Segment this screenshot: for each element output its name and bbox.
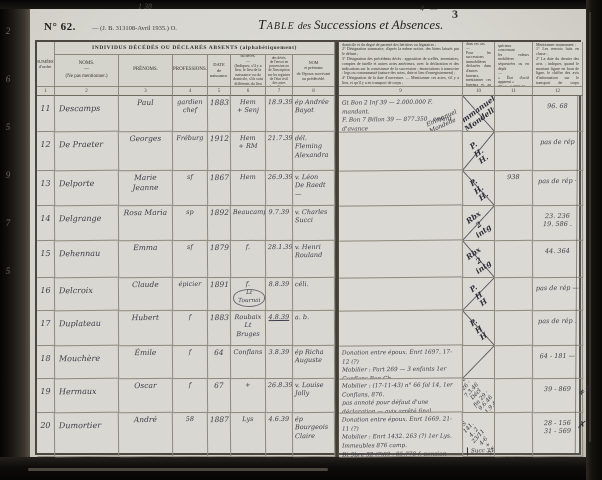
cell-epoux: ép Andrée Bayot xyxy=(293,96,335,132)
cell-date-naissance: 1867 xyxy=(208,171,231,206)
cell-dates-numeros xyxy=(463,346,495,379)
cell-renseignements xyxy=(339,131,463,171)
spine-digit: 9 xyxy=(1,170,15,180)
cell-profession: sp xyxy=(173,206,208,241)
renseignements-note: 1° Désignation, d'après la nature de la … xyxy=(340,42,461,87)
col-number: 3 xyxy=(119,87,173,96)
cell-prenom: Claude xyxy=(119,278,173,312)
cell-numero-repertoire xyxy=(495,96,533,132)
cell-lieu-deces: Beaucamps xyxy=(231,206,266,241)
cell-numero-repertoire xyxy=(495,311,533,346)
cell-lieu-deces: Conflans xyxy=(231,346,266,379)
table-band-header: INDIVIDUS DÉCÉDÉS OU DÉCLARÉS ABSENTS (a… xyxy=(55,42,335,55)
page-number-stamp: 3 xyxy=(452,7,458,22)
dates-scribble: Décl 26 · 7.3.46 Décl fin 29 · 9.6.46 11… xyxy=(463,379,495,413)
col-number: 1 xyxy=(37,87,55,96)
cell-epoux: v. Louise Jolly xyxy=(293,379,335,413)
cell-prenom: Rosa Maria xyxy=(119,206,173,242)
cell-nom: Delcroix xyxy=(55,278,119,312)
cell-dates-numeros: Décl 26 · 7.3.46 Décl fin 29 · 9.6.46 11… xyxy=(463,379,495,413)
cell-epoux: a. b. xyxy=(293,311,335,346)
cell-profession: 58 xyxy=(173,413,208,457)
cell-date-naissance: 1912 xyxy=(208,132,231,171)
col-header-noms: NOMS. — (Ne pas mentionner.) xyxy=(55,55,119,87)
page-title: TabledesSuccessions et Absences. xyxy=(258,17,443,34)
cell-lieu-deces: Hem + RM xyxy=(231,132,266,171)
cell-date-naissance: 1879 xyxy=(208,241,231,278)
cell-profession: f xyxy=(173,311,208,346)
cell-prenom: André xyxy=(119,413,173,458)
cell-observations: pas de rép xyxy=(533,132,583,172)
dates-scribble: P. H H xyxy=(465,315,493,345)
cell-epoux: v. Henri Rouland xyxy=(293,241,335,278)
cell-nom: Dehennau xyxy=(55,241,119,279)
cell-profession: sf xyxy=(173,171,208,206)
col-header-epoux: NOM et prénoms de l'époux survivant ou p… xyxy=(293,55,335,87)
col-number: 10 xyxy=(463,87,495,96)
form-reference: — (J. B. 313108-Avril 1935.) O. xyxy=(92,25,177,32)
col-number: 5 xyxy=(208,87,231,96)
successions-table: INDIVIDUS DÉCÉDÉS OU DÉCLARÉS ABSENTS (a… xyxy=(35,40,581,455)
cell-epoux: céli. xyxy=(293,278,335,311)
cell-numero: 11 xyxy=(37,96,55,132)
cell-dates-numeros: Rbx 2 intg xyxy=(463,206,495,241)
cell-nom: Duplateau xyxy=(55,311,119,347)
cell-lieu-deces: f. xyxy=(231,241,266,278)
cell-date-deces: 4.6.39 xyxy=(266,413,293,457)
cell-profession: épicier xyxy=(173,278,208,311)
col-header-dates-numeros: DATES ET NUMÉROS des déclarations de suc… xyxy=(463,42,495,87)
cell-numero-repertoire xyxy=(495,132,533,171)
cell-dates-numeros: S 141. 4. 2 23/11 4-6 + 2.56Succ 35 - 27… xyxy=(463,413,495,457)
spine-digit: 5 xyxy=(1,266,15,276)
col-number: 7 xyxy=(266,87,293,96)
cell-numero: 19 xyxy=(37,379,55,413)
page-title-word: Table xyxy=(258,18,295,33)
dates-note: des déclarations de successions, dans ce… xyxy=(464,42,493,87)
cell-lieu-deces: Roubaix Lt Bruges xyxy=(231,311,266,346)
cell-numero: 16 xyxy=(37,278,55,311)
cell-date-deces: 21.7.39 xyxy=(266,132,293,171)
renseignements-text: Donation entre époux. Enrt 1697. 17-12 (… xyxy=(342,349,452,379)
pencil-mark: 4 — xyxy=(420,4,439,13)
cell-epoux: ép Richa Auguste xyxy=(293,346,335,379)
cell-date-deces: 26.8.39 xyxy=(266,379,293,413)
spine-digit: 7 xyxy=(1,218,15,228)
cell-date-deces: 3.8.39 xyxy=(266,346,293,379)
cell-numero: 15 xyxy=(37,241,55,278)
cell-observations: 96. 68 xyxy=(533,96,583,133)
cell-date-naissance: 67 xyxy=(208,379,231,413)
cell-prenom: Marie Jeanne xyxy=(119,171,173,207)
cell-numero: 12 xyxy=(37,132,55,171)
form-number: N° 62. xyxy=(44,21,76,33)
cell-renseignements xyxy=(339,310,463,346)
cell-nom: Delgrange xyxy=(55,206,119,242)
cell-numero-repertoire xyxy=(495,379,533,413)
numero-repertoire-note: de répertoire ou numéros spéciaux concer… xyxy=(496,42,531,87)
dates-scribble: P. H. H. xyxy=(465,138,493,168)
col-header-numero: NUMÉRO d'ordre. xyxy=(37,42,55,87)
cell-numero-repertoire xyxy=(495,206,533,241)
cell-dates-numeros: P. H. H. xyxy=(463,132,495,171)
cell-date-deces: 9.7.39 xyxy=(266,206,293,241)
cell-date-naissance: 1892 xyxy=(208,206,231,241)
margin-mark: ✗ xyxy=(577,420,585,431)
cell-date-deces: 4.8.39 xyxy=(266,311,293,346)
cell-profession: sf xyxy=(173,241,208,278)
cell-prenom: Emma xyxy=(119,241,173,279)
col-header-professions: PROFESSIONS. xyxy=(173,55,208,87)
dates-scribble: P. H. H. xyxy=(465,175,493,205)
page-title-word: Successions et Absences. xyxy=(314,17,443,32)
col-header-date-deces: DATE des décès, de l'envoi en possession… xyxy=(266,55,293,87)
lieu-main: f. xyxy=(246,280,250,288)
cell-epoux: v. Charles Succi xyxy=(293,206,335,241)
cell-numero-repertoire: 938 xyxy=(495,171,533,206)
scanned-register-page: 265975 N° 62. — (J. B. 313108-Avril 1935… xyxy=(0,0,602,480)
cell-nom: De Praeter xyxy=(55,132,119,172)
cell-renseignements xyxy=(339,170,463,206)
col-number: 2 xyxy=(55,87,119,96)
cell-numero: 18 xyxy=(37,346,55,379)
book-top-edge xyxy=(0,0,602,9)
cell-nom: Hermaux xyxy=(55,379,119,414)
dates-scribble: P. H H xyxy=(465,281,493,311)
lieu-circled-note: Lt Tournai xyxy=(233,289,266,306)
dates-scribble: Rbx 2 intg xyxy=(464,245,493,276)
cell-numero: 14 xyxy=(37,206,55,241)
cell-numero: 17 xyxy=(37,311,55,346)
col-header-numero-repertoire: NUMÉRO de répertoire ou numéros spéciaux… xyxy=(495,42,533,87)
cell-lieu-deces: Lys xyxy=(231,413,266,457)
cell-nom: Dumortier xyxy=(55,413,119,458)
cell-epoux: v. Léon De Raedt — xyxy=(293,171,335,206)
cell-dates-numeros: P. H H xyxy=(463,278,495,311)
cell-epoux: dél. Fleming Alexandra xyxy=(293,132,335,171)
cell-profession: f xyxy=(173,379,208,413)
cell-date-deces: 26.9.39 xyxy=(266,171,293,206)
cell-renseignements: Donation entre époux. Enrt 1669. 21-11 (… xyxy=(339,412,463,457)
cell-lieu-deces: + xyxy=(231,379,266,413)
col-number: 12 xyxy=(533,87,583,96)
renseignements-text: Donation entre époux. Enrt 1669. 21-11 (… xyxy=(342,416,452,457)
spine-handwritten-digits: 265975 xyxy=(1,26,15,276)
cell-nom: Delporte xyxy=(55,171,119,207)
cell-renseignements xyxy=(339,277,463,311)
handwritten-signature: Emmanuel Mondelle xyxy=(426,109,461,132)
cell-numero-repertoire xyxy=(495,278,533,311)
spine-digit: 6 xyxy=(1,74,15,84)
col-header-prenoms: PRÉNOMS. xyxy=(119,55,173,87)
col-number: 4 xyxy=(173,87,208,96)
spine-digit: 5 xyxy=(1,122,15,132)
cell-prenom: Émile xyxy=(119,346,173,380)
cell-renseignements xyxy=(339,205,463,241)
col-number: 11 xyxy=(495,87,533,96)
cell-dates-numeros: P. H H xyxy=(463,311,495,346)
page-title-word: des xyxy=(295,21,314,32)
cell-prenom: Paul xyxy=(119,96,173,133)
cell-date-naissance: 1883 xyxy=(208,96,231,132)
cell-prenom: Hubert xyxy=(119,311,173,347)
cell-numero: 20 xyxy=(37,413,55,457)
underlying-page-edge xyxy=(28,468,328,471)
col-header-lieu: LIEU du décès. — (Indiquer, s'il y a lie… xyxy=(231,55,266,87)
cell-numero-repertoire xyxy=(495,346,533,379)
cell-profession: gardien chef xyxy=(173,96,208,132)
cell-renseignements xyxy=(339,240,463,278)
cell-nom: Mouchère xyxy=(55,346,119,380)
cell-prenom: Georges xyxy=(119,132,173,172)
cell-dates-numeros: P. H. H. xyxy=(463,171,495,206)
cell-prenom: Oscar xyxy=(119,379,173,414)
cell-renseignements: Mobilier : (17-11-43) n° 66 fol 14, 1er … xyxy=(339,378,463,413)
cell-profession: f xyxy=(173,346,208,379)
cell-numero-repertoire xyxy=(495,241,533,278)
col-header-naissance: DATE de naissance. xyxy=(208,55,231,87)
dates-scribble: Rbx 2 intg xyxy=(464,209,493,240)
cell-date-naissance: 1887 xyxy=(208,413,231,457)
cell-nom: Descamps xyxy=(55,96,119,133)
col-header-renseignements: RENSEIGNEMENTS DIVERS. 1° Désignation, d… xyxy=(339,42,463,87)
renseignements-text: Mobilier : (17-11-43) n° 66 fol 14, 1er … xyxy=(342,382,453,413)
spine-digit: 2 xyxy=(1,26,15,36)
cell-dates-numeros: Rbx 2 intg xyxy=(463,241,495,278)
col-number: 8 xyxy=(293,87,335,96)
cell-lieu-deces: Hem xyxy=(231,171,266,206)
pencil-mark: 1 38 xyxy=(138,2,152,11)
cell-lieu-deces: f.Lt Tournai xyxy=(231,278,266,311)
cell-dates-numeros: Emmanuel Mondelle xyxy=(463,96,495,132)
dates-bracket-note: Succ 35 - 27. 2. 46 xyxy=(467,446,495,455)
cell-date-deces: 8.8.39 xyxy=(266,278,293,311)
cell-numero-repertoire xyxy=(495,413,533,457)
cell-numero: 13 xyxy=(37,171,55,206)
cell-renseignements: Donation entre époux. Enrt 1697. 17-12 (… xyxy=(339,345,463,379)
cell-epoux: ép Bourgeois Claire xyxy=(293,413,335,457)
cell-date-deces: 28.1.39 xyxy=(266,241,293,278)
col-header-observations: OBSERVATIONS — Mentionner notamment : 1°… xyxy=(533,42,583,87)
cell-date-naissance: 64 xyxy=(208,346,231,379)
cell-renseignements: Gt Bon 2 Inf 39 — 2.000.000 F. mandant. … xyxy=(339,95,463,132)
col-number: 6 xyxy=(231,87,266,96)
page-edge-streak xyxy=(589,12,591,442)
observations-note: — Mentionner notamment : 1° Les renvois … xyxy=(534,42,581,87)
cell-profession: Fréburg xyxy=(173,132,208,171)
cell-date-naissance: 1891 xyxy=(208,278,231,311)
dates-scribble: Emmanuel Mondelle xyxy=(463,96,495,132)
cell-date-naissance: 1883 xyxy=(208,311,231,346)
cell-date-deces: 18.9.39 xyxy=(266,96,293,132)
cell-lieu-deces: Hem + Senj xyxy=(231,96,266,132)
